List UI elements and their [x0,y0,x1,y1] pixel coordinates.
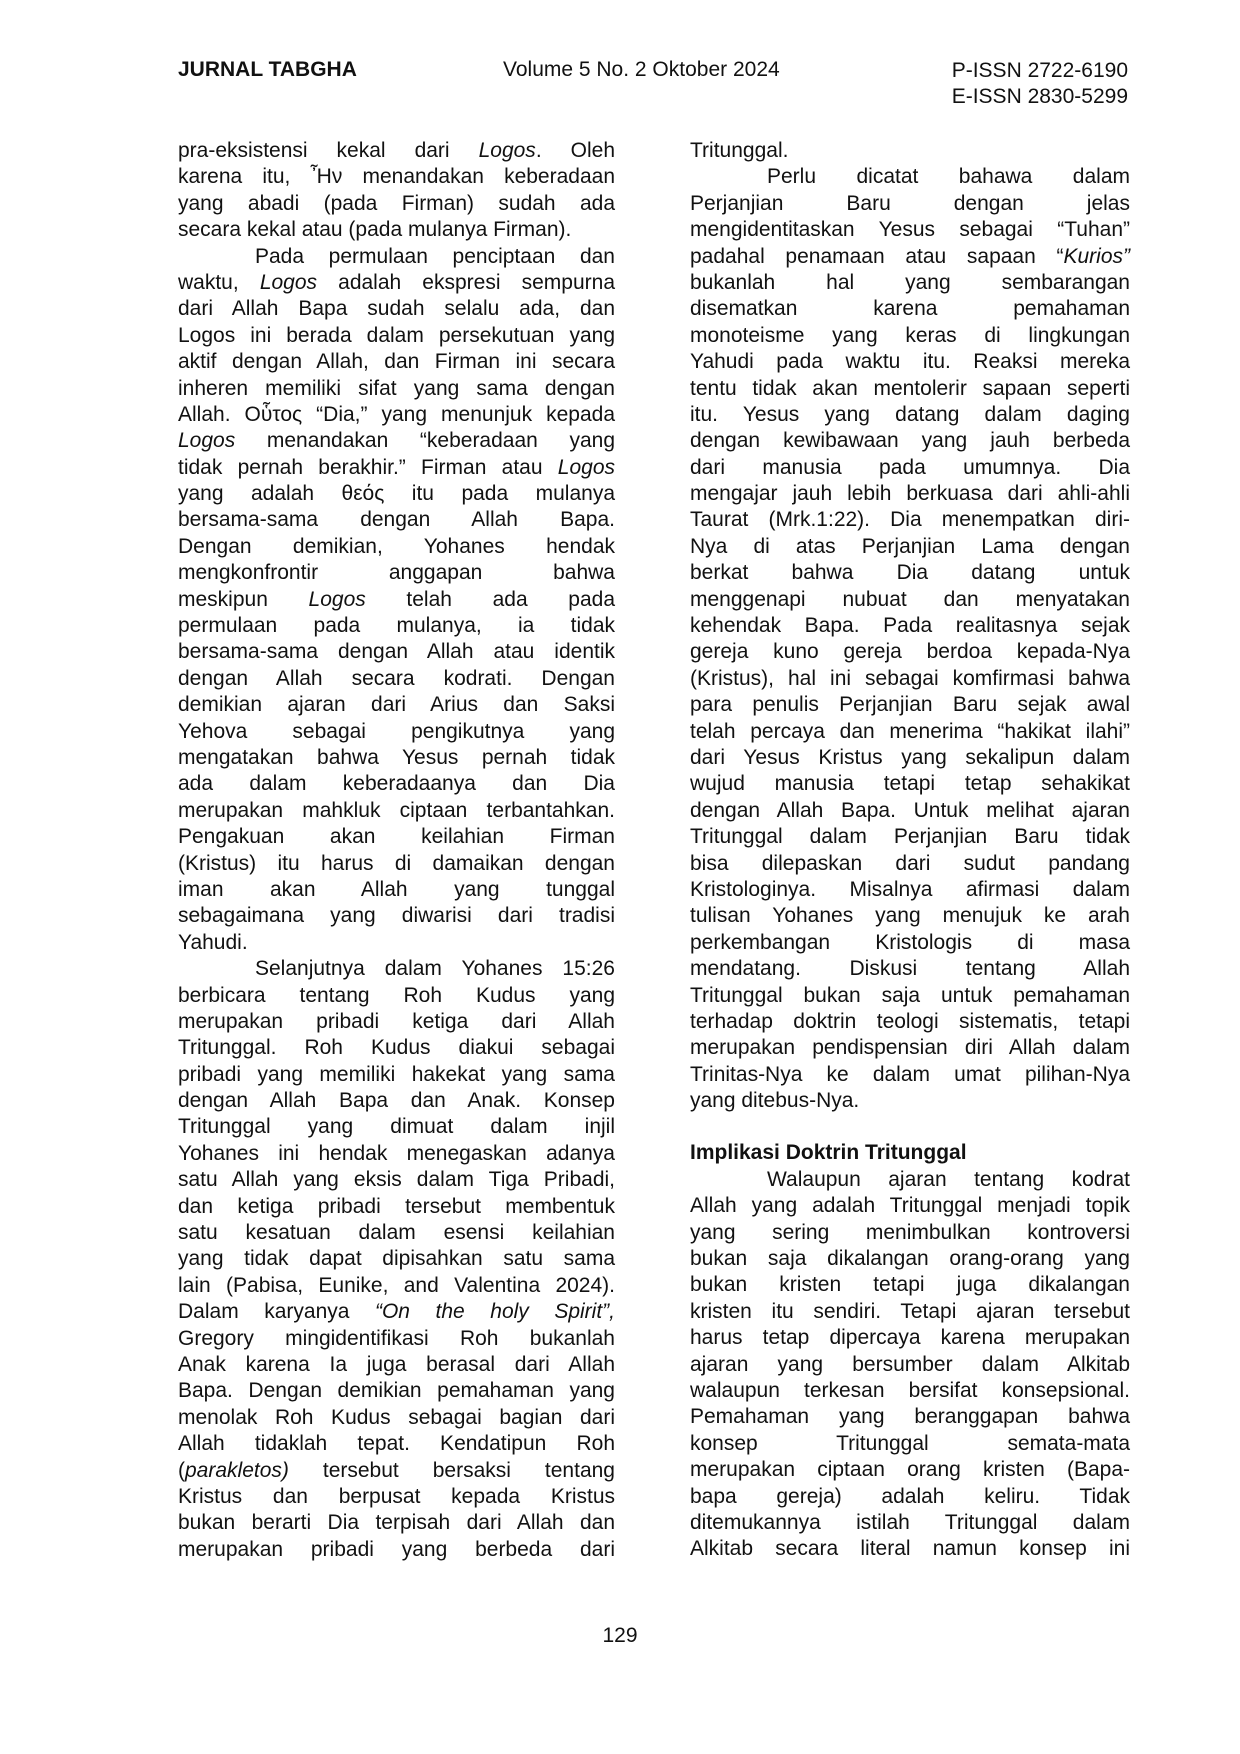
text-line: Tritunggal dalam Perjanjian Baru tidak [690,824,1130,850]
page-number: 129 [0,1624,1240,1648]
journal-name: JURNAL TABGHA [178,58,357,82]
text-line: Yohanes ini hendak menegaskan adanya [178,1141,615,1167]
text-line: berbicara tentang Roh Kudus yang [178,983,615,1009]
text-line: Allah. Οὗτος “Dia,” yang menunjuk kepada [178,402,615,428]
text-line: Pengakuan akan keilahian Firman [178,824,615,850]
text-line: lain (Pabisa, Eunike, and Valentina 2024… [178,1273,615,1299]
text-line: Pemahaman yang beranggapan bahwa [690,1404,1130,1430]
text-line: tidak pernah berakhir.” Firman atau Logo… [178,455,615,481]
text-line: waktu, Logos adalah ekspresi sempurna [178,270,615,296]
text-line: pribadi yang memiliki hakekat yang sama [178,1062,615,1088]
text-line: iman akan Allah yang tunggal [178,877,615,903]
text-line: mengajar jauh lebih berkuasa dari ahli-a… [690,481,1130,507]
text-line: mengatakan bahwa Yesus pernah tidak [178,745,615,771]
issn-block: P-ISSN 2722-6190 E-ISSN 2830-5299 [952,58,1128,110]
right-text-column: Tritunggal.Perlu dicatat bahawa dalamPer… [690,138,1130,1563]
text-line: meskipun Logos telah ada pada [178,587,615,613]
text-line: Tritunggal yang dimuat dalam injil [178,1114,615,1140]
running-header: JURNAL TABGHA Volume 5 No. 2 Oktober 202… [178,58,1128,118]
text-line: Logos menandakan “keberadaan yang [178,428,615,454]
text-line: Kristologinya. Misalnya afirmasi dalam [690,877,1130,903]
text-line: aktif dengan Allah, dan Firman ini secar… [178,349,615,375]
text-line: Perlu dicatat bahawa dalam [690,164,1130,190]
right-column-body-after-heading: Walaupun ajaran tentang kodratAllah yang… [690,1167,1130,1563]
text-line: Logos ini berada dalam persekutuan yang [178,323,615,349]
text-line: satu kesatuan dalam esensi keilahian [178,1220,615,1246]
p-issn: P-ISSN 2722-6190 [952,58,1128,84]
text-line: (Kristus) itu harus di damaikan dengan [178,851,615,877]
text-line: merupakan pribadi ketiga dari Allah [178,1009,615,1035]
text-line: disematkan karena pemahaman [690,296,1130,322]
text-line: Perjanjian Baru dengan jelas [690,191,1130,217]
text-line: ajaran yang bersumber dalam Alkitab [690,1352,1130,1378]
text-line: Dalam karyanya “On the holy Spirit”, [178,1299,615,1325]
text-line: dari Allah Bapa sudah selalu ada, dan [178,296,615,322]
text-line: merupakan pendispensian diri Allah dalam [690,1035,1130,1061]
text-line: dengan Allah Bapa dan Anak. Konsep [178,1088,615,1114]
text-line: demikian ajaran dari Arius dan Saksi [178,692,615,718]
text-line: satu Allah yang eksis dalam Tiga Pribadi… [178,1167,615,1193]
text-line: yang sering menimbulkan kontroversi [690,1220,1130,1246]
text-line: itu. Yesus yang datang dalam daging [690,402,1130,428]
text-line: telah percaya dan menerima “hakikat ilah… [690,719,1130,745]
text-line: dari manusia pada umumnya. Dia [690,455,1130,481]
section-spacer [690,1114,1130,1140]
text-line: tentu tidak akan mentolerir sapaan seper… [690,376,1130,402]
text-line: harus tetap dipercaya karena merupakan [690,1325,1130,1351]
text-line: Nya di atas Perjanjian Lama dengan [690,534,1130,560]
text-line: secara kekal atau (pada mulanya Firman). [178,217,615,243]
text-line: dan ketiga pribadi tersebut membentuk [178,1194,615,1220]
text-line: Tritunggal bukan saja untuk pemahaman [690,983,1130,1009]
text-line: (parakletos) tersebut bersaksi tentang [178,1458,615,1484]
text-line: Yahudi. [178,930,615,956]
text-line: terhadap doktrin teologi sistematis, tet… [690,1009,1130,1035]
text-line: merupakan pribadi yang berbeda dari [178,1537,615,1563]
text-line: Yahudi pada waktu itu. Reaksi mereka [690,349,1130,375]
text-line: Gregory mingidentifikasi Roh bukanlah [178,1326,615,1352]
text-line: walaupun terkesan bersifat konsepsional. [690,1378,1130,1404]
text-line: dengan Allah Bapa. Untuk melihat ajaran [690,798,1130,824]
text-line: kehendak Bapa. Pada realitasnya sejak [690,613,1130,639]
text-line: yang abadi (pada Firman) sudah ada [178,191,615,217]
text-line: Bapa. Dengan demikian pemahaman yang [178,1378,615,1404]
text-line: yang tidak dapat dipisahkan satu sama [178,1246,615,1272]
right-column-body-before-heading: Tritunggal.Perlu dicatat bahawa dalamPer… [690,138,1130,1114]
text-line: dari Yesus Kristus yang sekalipun dalam [690,745,1130,771]
text-line: bukanlah hal yang sembarangan [690,270,1130,296]
text-line: (Kristus), hal ini sebagai komfirmasi ba… [690,666,1130,692]
text-line: merupakan ciptaan orang kristen (Bapa- [690,1457,1130,1483]
text-line: bukan kristen tetapi juga dikalangan [690,1272,1130,1298]
text-line: bukan saja dikalangan orang-orang yang [690,1246,1130,1272]
text-line: Kristus dan berpusat kepada Kristus [178,1484,615,1510]
text-line: Walaupun ajaran tentang kodrat [690,1167,1130,1193]
e-issn: E-ISSN 2830-5299 [952,84,1128,110]
text-line: Allah tidaklah tepat. Kendatipun Roh [178,1431,615,1457]
text-line: pra-eksistensi kekal dari Logos. Oleh [178,138,615,164]
section-heading: Implikasi Doktrin Tritunggal [690,1140,1130,1166]
text-line: padahal penamaan atau sapaan “Kurios” [690,244,1130,270]
text-line: gereja kuno gereja berdoa kepada-Nya [690,639,1130,665]
text-line: Selanjutnya dalam Yohanes 15:26 [178,956,615,982]
text-line: mengkonfrontir anggapan bahwa [178,560,615,586]
text-line: Tritunggal. Roh Kudus diakui sebagai [178,1035,615,1061]
text-line: ada dalam keberadaanya dan Dia [178,771,615,797]
text-line: karena itu, Ἦν menandakan keberadaan [178,164,615,190]
volume-issue: Volume 5 No. 2 Oktober 2024 [503,58,780,82]
text-line: dengan Allah secara kodrati. Dengan [178,666,615,692]
text-line: Trinitas-Nya ke dalam umat pilihan-Nya [690,1062,1130,1088]
text-line: menggenapi nubuat dan menyatakan [690,587,1130,613]
text-line: bersama-sama dengan Allah atau identik [178,639,615,665]
text-line: Pada permulaan penciptaan dan [178,244,615,270]
text-line: perkembangan Kristologis di masa [690,930,1130,956]
text-line: bersama-sama dengan Allah Bapa. [178,507,615,533]
text-line: Allah yang adalah Tritunggal menjadi top… [690,1193,1130,1219]
text-line: para penulis Perjanjian Baru sejak awal [690,692,1130,718]
text-line: sebagaimana yang diwarisi dari tradisi [178,903,615,929]
text-line: bukan berarti Dia terpisah dari Allah da… [178,1510,615,1536]
text-line: Yehova sebagai pengikutnya yang [178,719,615,745]
text-line: yang ditebus-Nya. [690,1088,1130,1114]
text-line: dengan kewibawaan yang jauh berbeda [690,428,1130,454]
text-line: Anak karena Ia juga berasal dari Allah [178,1352,615,1378]
text-line: mendatang. Diskusi tentang Allah [690,956,1130,982]
text-line: Dengan demikian, Yohanes hendak [178,534,615,560]
text-line: inheren memiliki sifat yang sama dengan [178,376,615,402]
text-line: monoteisme yang keras di lingkungan [690,323,1130,349]
text-line: Tritunggal. [690,138,1130,164]
text-line: bapa gereja) adalah keliru. Tidak [690,1484,1130,1510]
text-line: merupakan mahkluk ciptaan terbantahkan. [178,798,615,824]
text-line: mengidentitaskan Yesus sebagai “Tuhan” [690,217,1130,243]
text-line: konsep Tritunggal semata-mata [690,1431,1130,1457]
text-line: berkat bahwa Dia datang untuk [690,560,1130,586]
text-line: kristen itu sendiri. Tetapi ajaran terse… [690,1299,1130,1325]
text-line: Taurat (Mrk.1:22). Dia menempatkan diri- [690,507,1130,533]
text-line: ditemukannya istilah Tritunggal dalam [690,1510,1130,1536]
text-line: Alkitab secara literal namun konsep ini [690,1536,1130,1562]
text-line: bisa dilepaskan dari sudut pandang [690,851,1130,877]
text-line: tulisan Yohanes yang menujuk ke arah [690,903,1130,929]
text-line: yang adalah θεός itu pada mulanya [178,481,615,507]
text-line: menolak Roh Kudus sebagai bagian dari [178,1405,615,1431]
left-text-column: pra-eksistensi kekal dari Logos. Olehkar… [178,138,615,1563]
text-line: permulaan pada mulanya, ia tidak [178,613,615,639]
text-line: wujud manusia tetapi tetap sehakikat [690,771,1130,797]
